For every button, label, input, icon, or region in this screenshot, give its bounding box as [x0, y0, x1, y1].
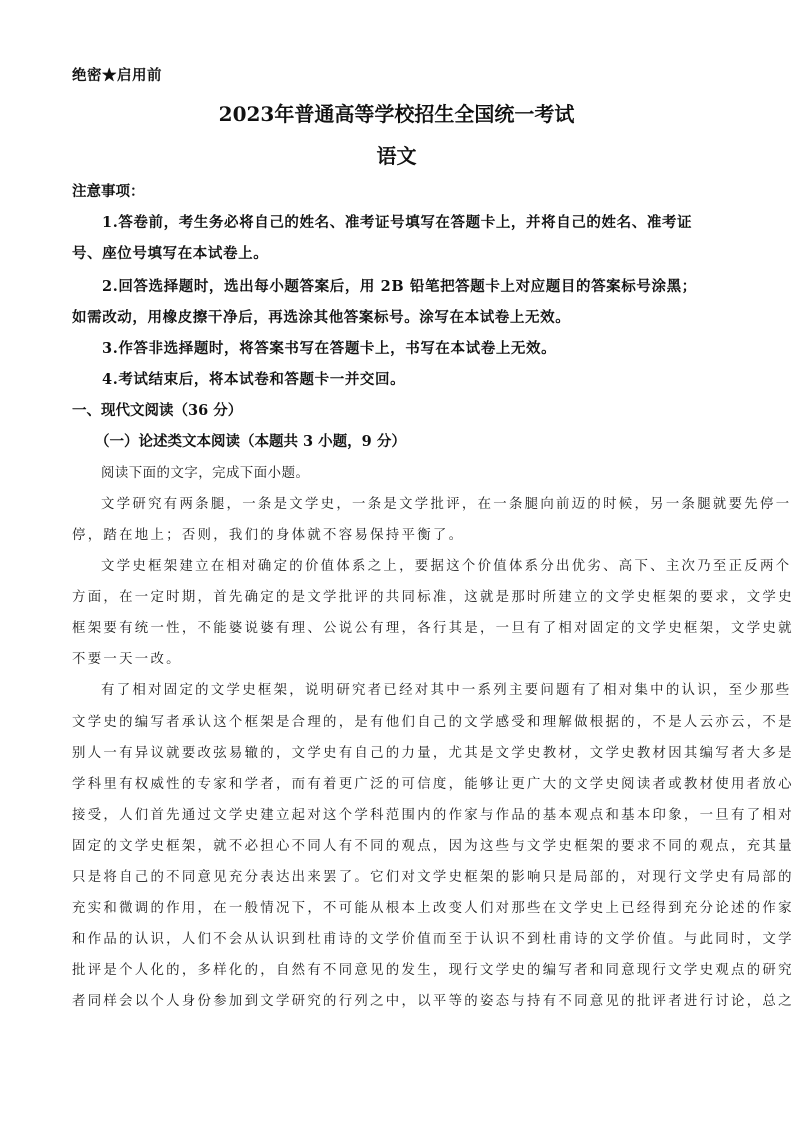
note-line: 4.考试结束后，将本试卷和答题卡一并交回。 — [102, 373, 405, 388]
passage-line: 文学史框架建立在相对确定的价值体系之上，要据这个价值体系分出优劣、高下、主次乃至… — [101, 560, 791, 573]
passage-line: 批评是个人化的，多样化的，自然有不同意见的发生，现行文学史的编写者和同意现行文学… — [72, 964, 793, 977]
note-line: 2.回答选择题时，选出每小题答案后，用 2B 铅笔把答题卡上对应题目的答案标号涂… — [102, 280, 697, 295]
notes-heading: 注意事项： — [72, 185, 145, 200]
passage-line: 固定的文学史框架，就不必担心不同人有不同的观点，因为这些与文学史框架的要求不同的… — [72, 840, 793, 853]
exam-title: 2023年普通高等学校招生全国统一考试 — [0, 104, 793, 124]
confidential-label: 绝密★启用前 — [72, 69, 162, 84]
note-line: 1.答卷前，考生务必将自己的姓名、准考证号填写在答题卡上，并将自己的姓名、准考证 — [102, 216, 692, 231]
section-title: 一、现代文阅读（36 分） — [72, 404, 242, 419]
passage-line: 文学史的编写者承认这个框架是合理的，是有他们自己的文学感受和理解做根据的，不是人… — [72, 716, 793, 729]
passage-line: 者同样会以个人身份参加到文学研究的行列之中，以平等的姿态与持有不同意见的批评者进… — [72, 995, 793, 1008]
passage-line: 不要一天一改。 — [72, 653, 182, 666]
passage-line: 和作品的认识，人们不会从认识到杜甫诗的文学价值而至于认识不到杜甫诗的文学价值。与… — [72, 933, 793, 946]
passage-line: 有了相对固定的文学史框架，说明研究者已经对其中一系列主要问题有了相对集中的认识，… — [101, 684, 791, 697]
passage-line: 框架要有统一性，不能婆说婆有理、公说公有理，各行其是，一旦有了相对固定的文学史框… — [72, 622, 793, 635]
passage-line: 别人一有异议就要改弦易辙的，文学史有自己的力量，尤其是文学史教材，文学史教材因其… — [72, 747, 793, 760]
subsection-title: （一）论述类文本阅读（本题共 3 小题，9 分） — [95, 435, 406, 450]
instruction: 阅读下面的文字，完成下面小题。 — [101, 467, 309, 480]
passage-line: 停，踏在地上；否则，我们的身体就不容易保持平衡了。 — [72, 529, 464, 542]
passage-line: 接受，人们首先通过文学史建立起对这个学科范围内的作家与作品的基本观点和基本印象，… — [72, 809, 793, 822]
passage-line: 文学研究有两条腿，一条是文学史，一条是文学批评，在一条腿向前迈的时候，另一条腿就… — [101, 498, 791, 511]
passage-line: 学科里有权威性的专家和学者，而有着更广泛的可信度，能够让更广大的文学史阅读者或教… — [72, 778, 793, 791]
passage-line: 充实和微调的作用，在一般情况下，不可能从根本上改变人们对那些在文学史上已经得到充… — [72, 902, 793, 915]
passage-line: 方面，在一定时期，首先确定的是文学批评的共同标准，这就是那时所建立的文学史框架的… — [72, 591, 793, 604]
note-line: 号、座位号填写在本试卷上。 — [72, 247, 268, 262]
note-line: 如需改动，用橡皮擦干净后，再选涂其他答案标号。涂写在本试卷上无效。 — [72, 311, 570, 326]
passage-line: 只是将自己的不同意见充分表达出来罢了。它们对文学史框架的影响只是局部的，对现行文… — [72, 871, 793, 884]
note-line: 3.作答非选择题时，将答案书写在答题卡上，书写在本试卷上无效。 — [102, 342, 556, 357]
exam-subject: 语文 — [0, 146, 793, 166]
